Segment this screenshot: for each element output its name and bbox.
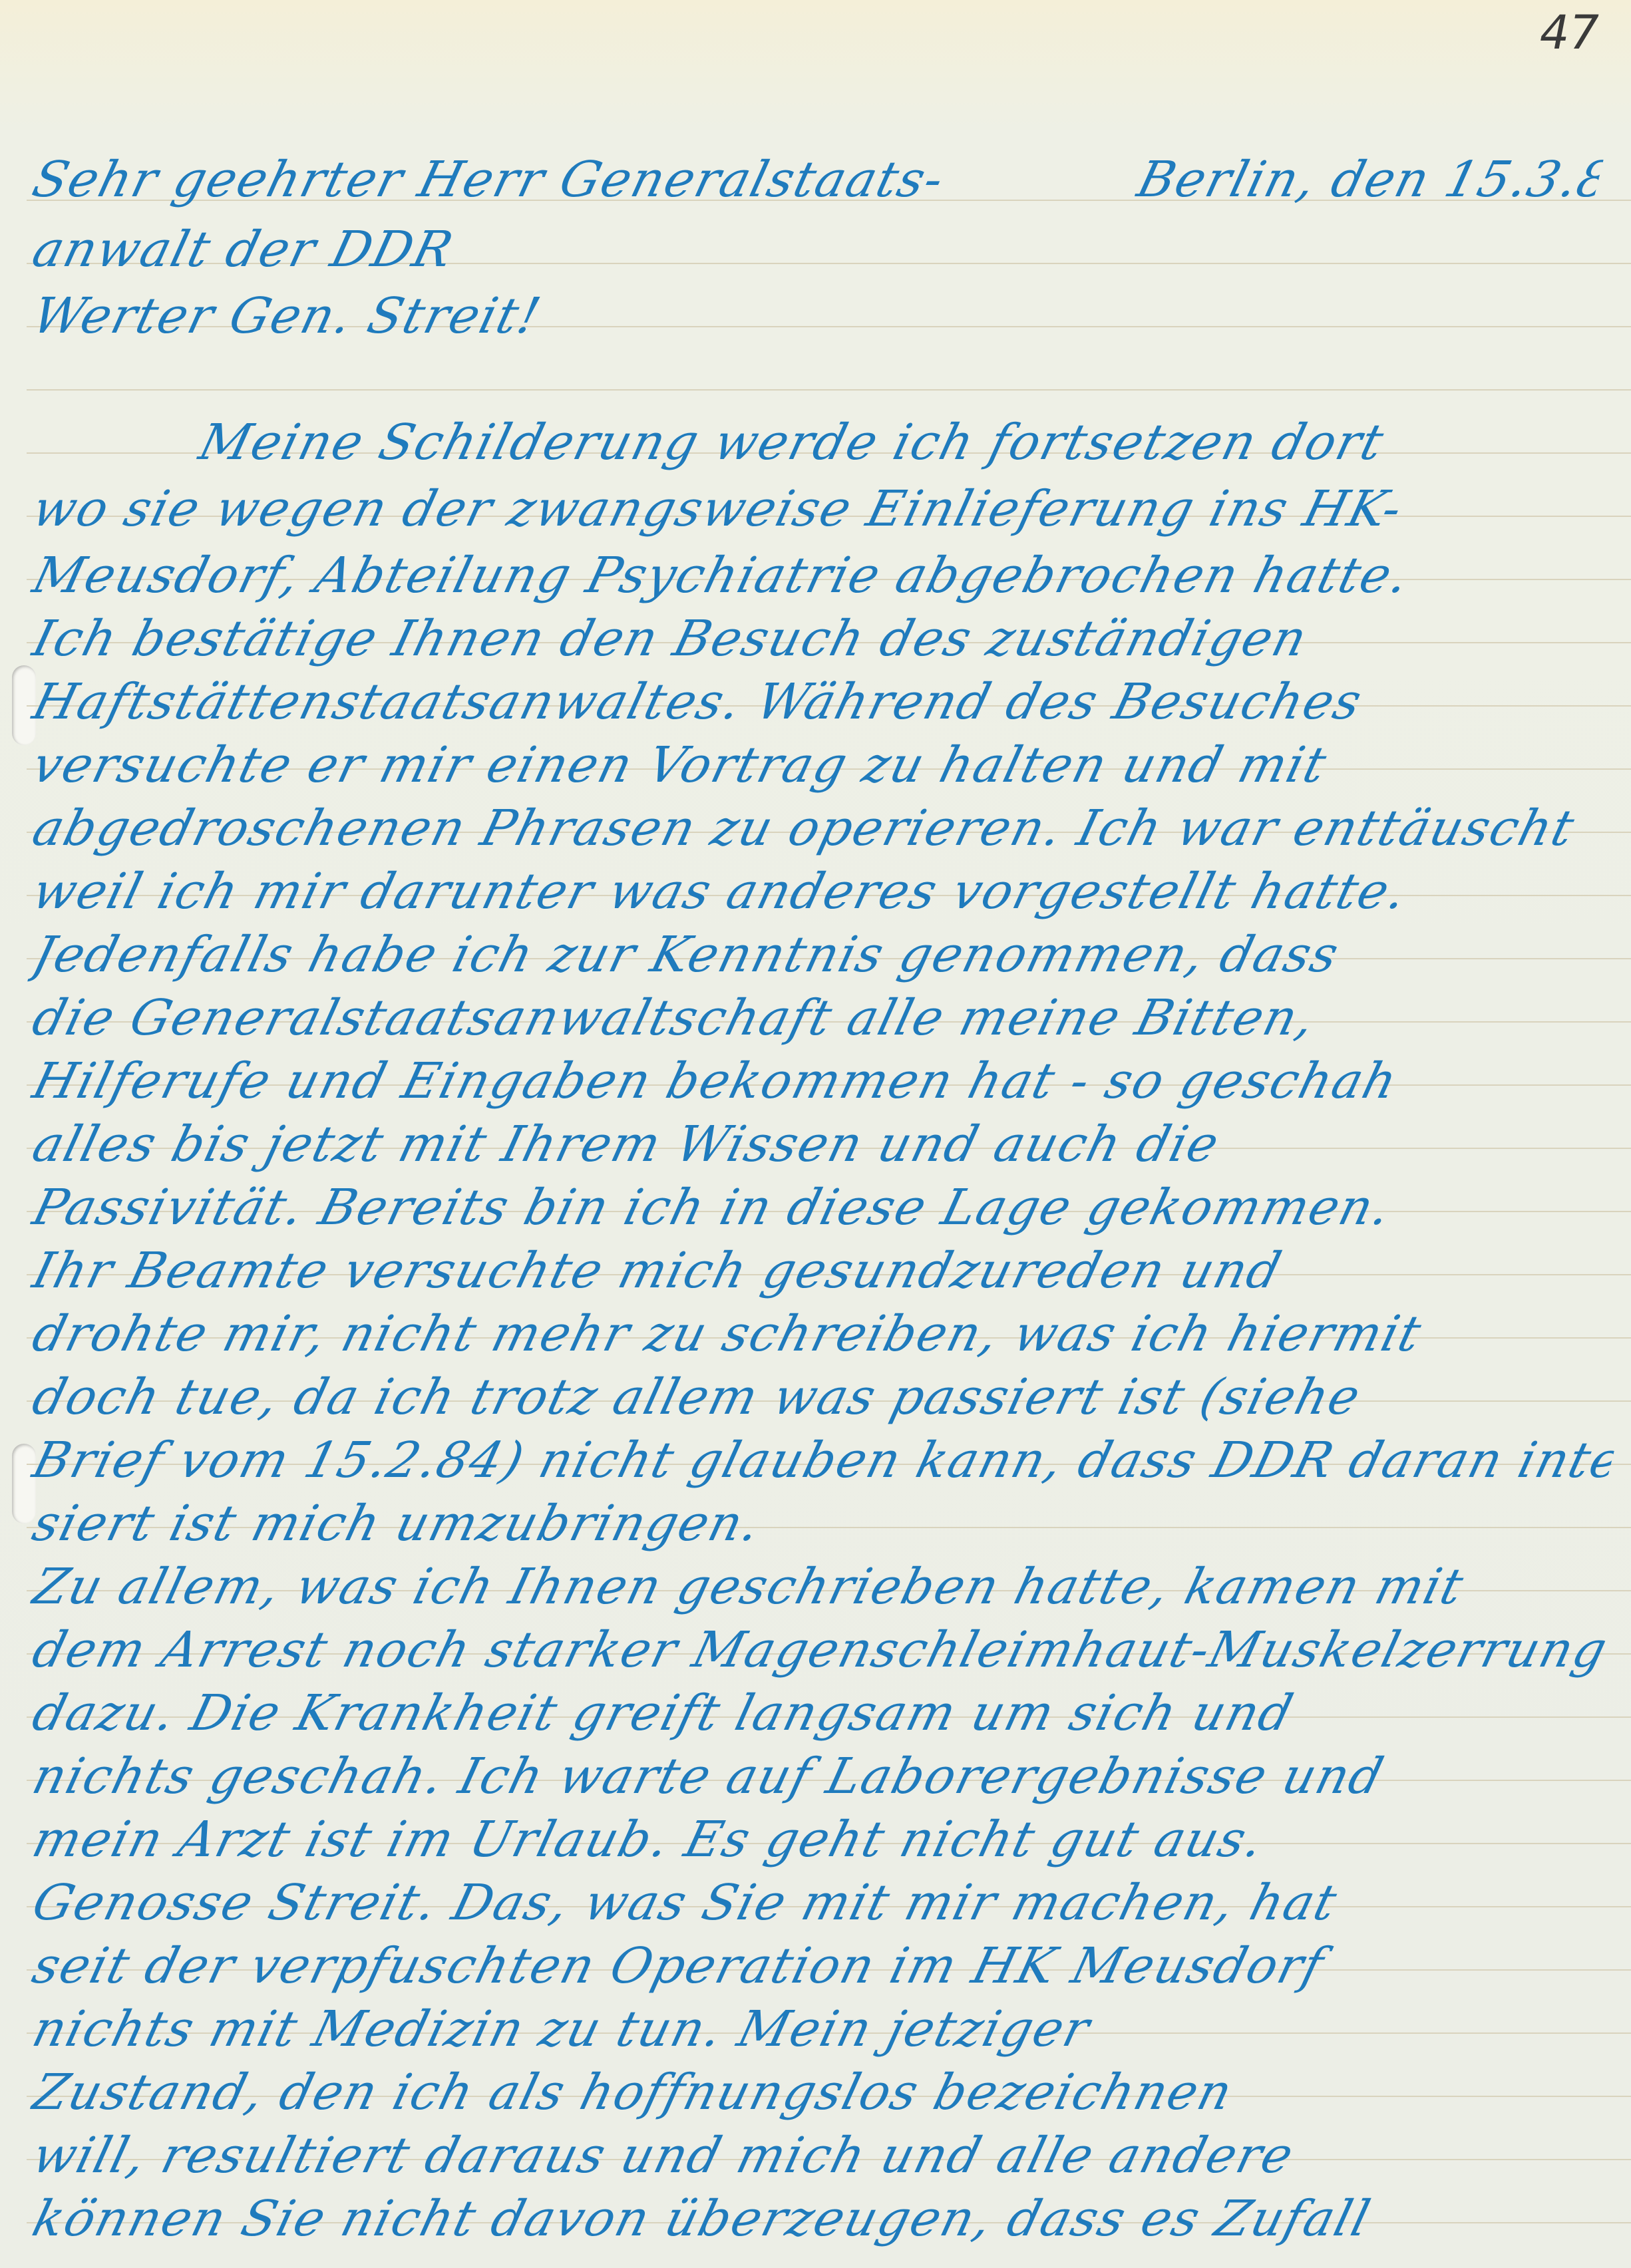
body-line: alles bis jetzt mit Ihrem Wissen und auc… <box>27 1114 1619 1174</box>
body-line: Zustand, den ich als hoffnungslos bezeic… <box>27 2062 1619 2122</box>
body-line: nichts geschah. Ich warte auf Laborergeb… <box>27 1746 1619 1806</box>
body-line: dem Arrest noch starker Magenschleimhaut… <box>27 1620 1619 1680</box>
body-line: siert ist mich umzubringen. <box>27 1494 1619 1553</box>
ruled-line <box>27 389 1631 391</box>
body-line: versuchte er mir einen Vortrag zu halten… <box>27 735 1619 795</box>
body-line: Ich bestätige Ihnen den Besuch des zustä… <box>27 609 1619 669</box>
body-line: weil ich mir darunter was anderes vorges… <box>27 862 1619 921</box>
body-line: will, resultiert daraus und mich und all… <box>27 2126 1619 2186</box>
body-line: wo sie wegen der zwangsweise Einlieferun… <box>27 479 1619 539</box>
body-line: drohte mir, nicht mehr zu schreiben, was… <box>27 1304 1619 1364</box>
letter-page: 47 Sehr geehrter Herr Generalstaats- Ber… <box>0 0 1631 2268</box>
body-line: Ihr Beamte versuchte mich gesundzureden … <box>27 1241 1619 1301</box>
body-line: Hilferufe und Eingaben bekommen hat - so… <box>27 1051 1619 1111</box>
body-line: Passivität. Bereits bin ich in diese Lag… <box>27 1178 1619 1237</box>
body-line: abgedroschenen Phrasen zu operieren. Ich… <box>27 798 1619 858</box>
body-line: mein Arzt ist im Urlaub. Es geht nicht g… <box>27 1810 1619 1869</box>
page-number: 47 <box>1540 5 1599 60</box>
salutation-line-2: anwalt der DDR <box>27 220 1619 279</box>
body-line: Jedenfalls habe ich zur Kenntnis genomme… <box>27 925 1619 985</box>
body-line: können Sie nicht davon überzeugen, dass … <box>27 2189 1619 2249</box>
body-line-underlined: nichts mit Medizin zu tun. Mein jetziger <box>27 1999 1619 2059</box>
body-line: seit der verpfuschten Operation im HK Me… <box>27 1936 1619 1996</box>
body-line: dazu. Die Krankheit greift langsam um si… <box>27 1683 1619 1743</box>
body-line: die Generalstaatsanwaltschaft alle meine… <box>27 988 1619 1048</box>
letter-date: Berlin, den 15.3.84 <box>1131 150 1606 210</box>
body-line: doch tue, da ich trotz allem was passier… <box>27 1367 1619 1427</box>
body-line: Zu allem, was ich Ihnen geschrieben hatt… <box>27 1557 1619 1617</box>
body-line: Brief vom 15.2.84) nicht glauben kann, d… <box>27 1430 1619 1490</box>
body-line: Meine Schilderung werde ich fortsetzen d… <box>193 412 1619 472</box>
body-line: Genosse Streit. Das, was Sie mit mir mac… <box>27 1873 1619 1933</box>
body-line: Haftstättenstaatsanwaltes. Während des B… <box>27 672 1619 732</box>
salutation-line-3: Werter Gen. Streit! <box>27 286 1619 346</box>
body-line: Meusdorf, Abteilung Psychiatrie abgebroc… <box>27 546 1619 605</box>
